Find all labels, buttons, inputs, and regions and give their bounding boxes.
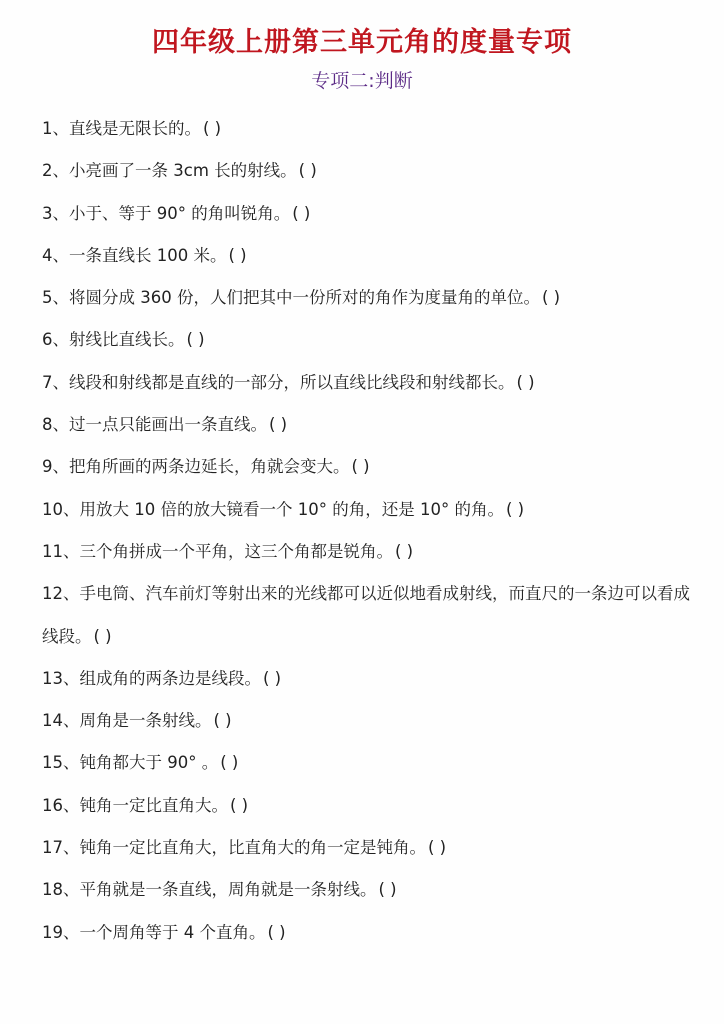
- question-item: 1、直线是无限长的。( ): [42, 108, 704, 150]
- question-item: 12、手电筒、汽车前灯等射出来的光线都可以近似地看成射线，而直尺的一条边可以看成…: [42, 573, 704, 658]
- answer-blank[interactable]: ( ): [506, 489, 524, 531]
- question-item: 4、一条直线长 100 米。( ): [42, 235, 704, 277]
- question-item: 18、平角就是一条直线，周角就是一条射线。( ): [42, 869, 704, 911]
- question-item: 15、钝角都大于 90° 。( ): [42, 742, 704, 784]
- question-text: 过一点只能画出一条直线。: [69, 415, 267, 434]
- question-item: 10、用放大 10 倍的放大镜看一个 10° 的角，还是 10° 的角。( ): [42, 489, 704, 531]
- question-text: 周角是一条射线。: [80, 711, 212, 730]
- question-number: 19、: [42, 923, 80, 942]
- question-text: 把角所画的两条边延长，角就会变大。: [69, 457, 350, 476]
- answer-blank[interactable]: ( ): [94, 616, 112, 658]
- question-item: 11、三个角拼成一个平角，这三个角都是锐角。( ): [42, 531, 704, 573]
- question-item: 3、小于、等于 90° 的角叫锐角。( ): [42, 193, 704, 235]
- question-number: 13、: [42, 669, 80, 688]
- question-text: 钝角一定比直角大。: [80, 796, 229, 815]
- question-text: 组成角的两条边是线段。: [80, 669, 262, 688]
- answer-blank[interactable]: ( ): [517, 362, 535, 404]
- question-number: 16、: [42, 796, 80, 815]
- answer-blank[interactable]: ( ): [268, 912, 286, 954]
- answer-blank[interactable]: ( ): [187, 319, 205, 361]
- answer-blank[interactable]: ( ): [269, 404, 287, 446]
- question-item: 6、射线比直线长。( ): [42, 319, 704, 361]
- section-subtitle: 专项二:判断: [0, 66, 724, 93]
- answer-blank[interactable]: ( ): [214, 700, 232, 742]
- question-text: 手电筒、汽车前灯等射出来的光线都可以近似地看成射线，而直尺的一条边可以看成线段。: [42, 584, 690, 645]
- question-item: 7、线段和射线都是直线的一部分，所以直线比线段和射线都长。( ): [42, 362, 704, 404]
- question-text: 三个角拼成一个平角，这三个角都是锐角。: [80, 542, 394, 561]
- answer-blank[interactable]: ( ): [263, 658, 281, 700]
- question-item: 9、把角所画的两条边延长，角就会变大。( ): [42, 446, 704, 488]
- question-item: 14、周角是一条射线。( ): [42, 700, 704, 742]
- answer-blank[interactable]: ( ): [292, 193, 310, 235]
- question-item: 19、一个周角等于 4 个直角。( ): [42, 912, 704, 954]
- question-item: 2、小亮画了一条 3cm 长的射线。( ): [42, 150, 704, 192]
- question-number: 6、: [42, 330, 69, 349]
- question-text: 射线比直线长。: [69, 330, 185, 349]
- question-number: 4、: [42, 246, 69, 265]
- question-number: 2、: [42, 161, 69, 180]
- question-item: 13、组成角的两条边是线段。( ): [42, 658, 704, 700]
- question-number: 14、: [42, 711, 80, 730]
- question-number: 18、: [42, 880, 80, 899]
- question-item: 16、钝角一定比直角大。( ): [42, 785, 704, 827]
- question-number: 12、: [42, 584, 80, 603]
- question-text: 平角就是一条直线，周角就是一条射线。: [80, 880, 377, 899]
- question-number: 1、: [42, 119, 69, 138]
- worksheet-title: 四年级上册第三单元角的度量专项: [0, 20, 724, 59]
- answer-blank[interactable]: ( ): [395, 531, 413, 573]
- question-number: 15、: [42, 753, 80, 772]
- question-text: 小亮画了一条 3cm 长的射线。: [69, 161, 297, 180]
- question-number: 7、: [42, 373, 69, 392]
- question-text: 一个周角等于 4 个直角。: [80, 923, 266, 942]
- question-number: 5、: [42, 288, 69, 307]
- answer-blank[interactable]: ( ): [428, 827, 446, 869]
- answer-blank[interactable]: ( ): [352, 446, 370, 488]
- question-number: 3、: [42, 204, 69, 223]
- answer-blank[interactable]: ( ): [379, 869, 397, 911]
- question-text: 一条直线长 100 米。: [69, 246, 226, 265]
- answer-blank[interactable]: ( ): [203, 108, 221, 150]
- answer-blank[interactable]: ( ): [220, 742, 238, 784]
- worksheet-page: 四年级上册第三单元角的度量专项 专项二:判断 1、直线是无限长的。( ) 2、小…: [0, 0, 724, 1024]
- question-number: 17、: [42, 838, 80, 857]
- answer-blank[interactable]: ( ): [542, 277, 560, 319]
- question-item: 8、过一点只能画出一条直线。( ): [42, 404, 704, 446]
- question-number: 11、: [42, 542, 80, 561]
- question-text: 用放大 10 倍的放大镜看一个 10° 的角，还是 10° 的角。: [80, 500, 504, 519]
- question-number: 9、: [42, 457, 69, 476]
- question-text: 钝角一定比直角大，比直角大的角一定是钝角。: [80, 838, 427, 857]
- question-item: 17、钝角一定比直角大，比直角大的角一定是钝角。( ): [42, 827, 704, 869]
- question-number: 8、: [42, 415, 69, 434]
- answer-blank[interactable]: ( ): [230, 785, 248, 827]
- question-text: 将圆分成 360 份，人们把其中一份所对的角作为度量角的单位。: [69, 288, 540, 307]
- question-item: 5、将圆分成 360 份，人们把其中一份所对的角作为度量角的单位。( ): [42, 277, 704, 319]
- question-list: 1、直线是无限长的。( ) 2、小亮画了一条 3cm 长的射线。( ) 3、小于…: [42, 108, 704, 954]
- question-text: 钝角都大于 90° 。: [80, 753, 219, 772]
- question-text: 小于、等于 90° 的角叫锐角。: [69, 204, 290, 223]
- answer-blank[interactable]: ( ): [228, 235, 246, 277]
- question-text: 直线是无限长的。: [69, 119, 201, 138]
- question-text: 线段和射线都是直线的一部分，所以直线比线段和射线都长。: [69, 373, 515, 392]
- question-number: 10、: [42, 500, 80, 519]
- answer-blank[interactable]: ( ): [299, 150, 317, 192]
